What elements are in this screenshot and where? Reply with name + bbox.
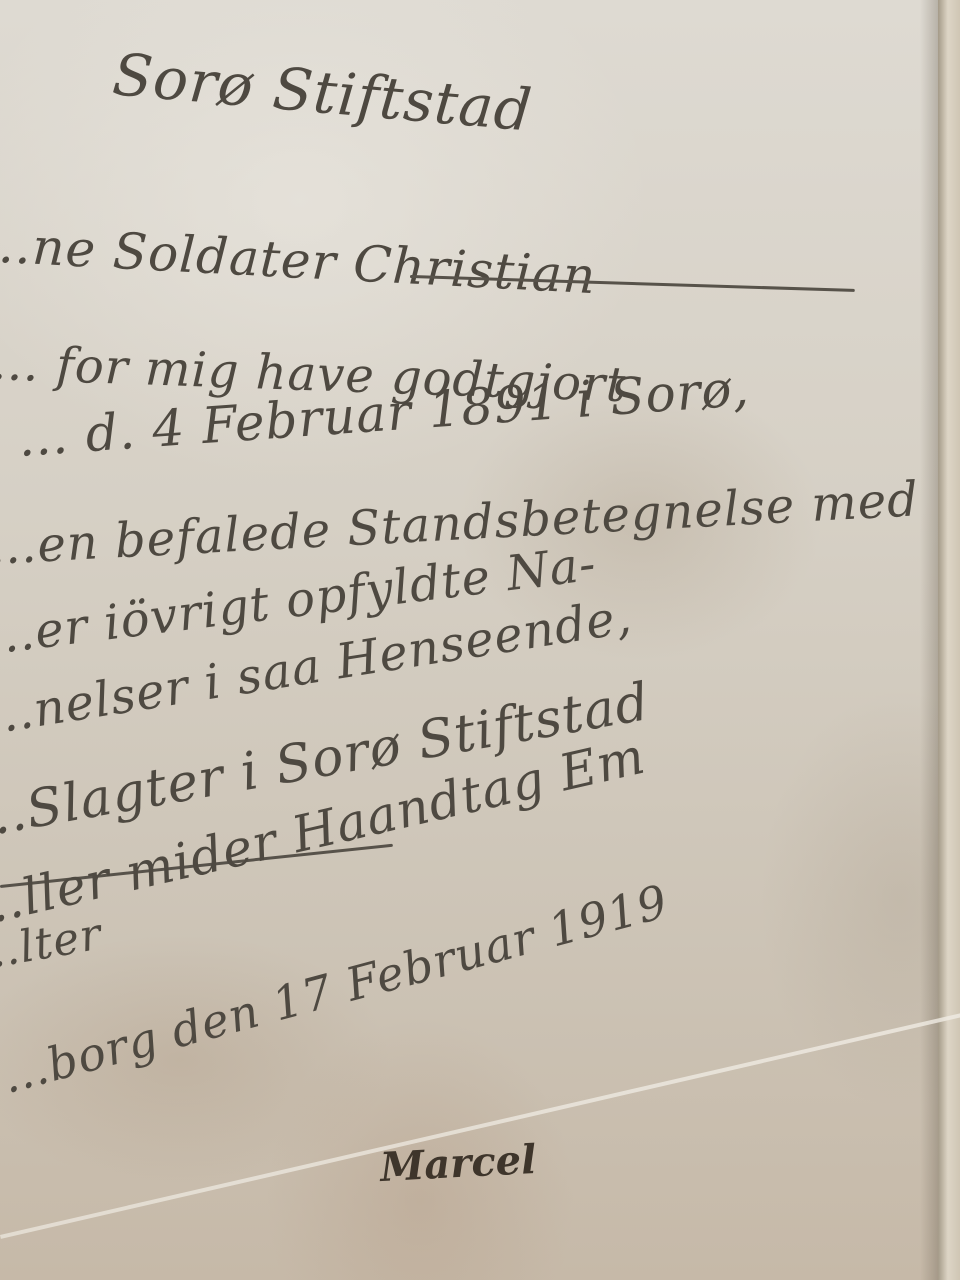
frame-edge: [938, 0, 960, 1280]
signature: Marcel: [379, 1136, 538, 1191]
frame-shadow: [920, 0, 938, 1280]
